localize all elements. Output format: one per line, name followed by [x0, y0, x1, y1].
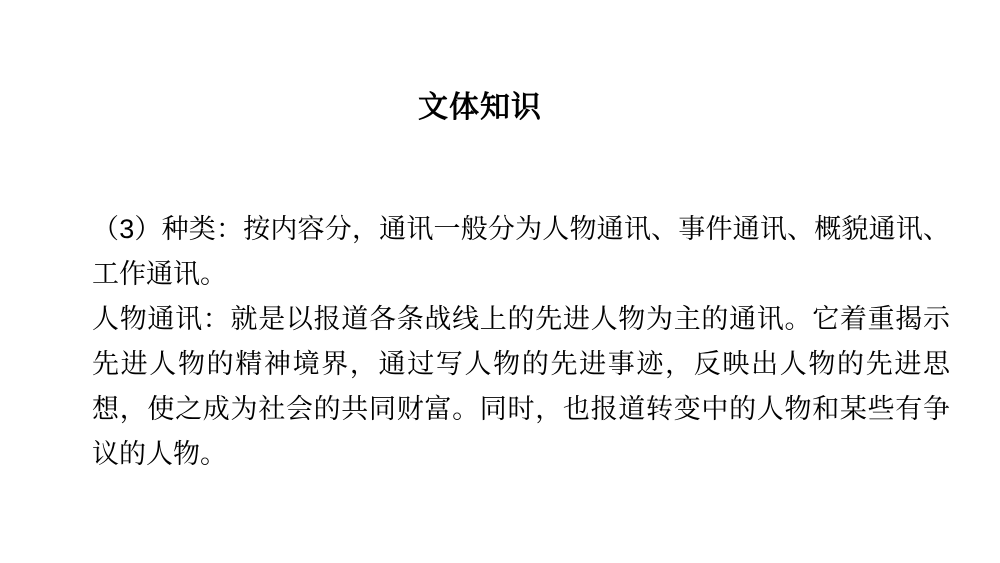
- paragraph-types-of-communication: （3）种类：按内容分，通讯一般分为人物通讯、事件通讯、概貌通讯、工作通讯。: [92, 207, 950, 297]
- slide-body: （3）种类：按内容分，通讯一般分为人物通讯、事件通讯、概貌通讯、工作通讯。 人物…: [92, 207, 950, 477]
- paragraph-person-communication: 人物通讯：就是以报道各条战线上的先进人物为主的通讯。它着重揭示先进人物的精神境界…: [92, 297, 950, 477]
- presentation-slide: 文体知识 （3）种类：按内容分，通讯一般分为人物通讯、事件通讯、概貌通讯、工作通…: [0, 0, 1000, 563]
- slide-title: 文体知识: [0, 82, 960, 126]
